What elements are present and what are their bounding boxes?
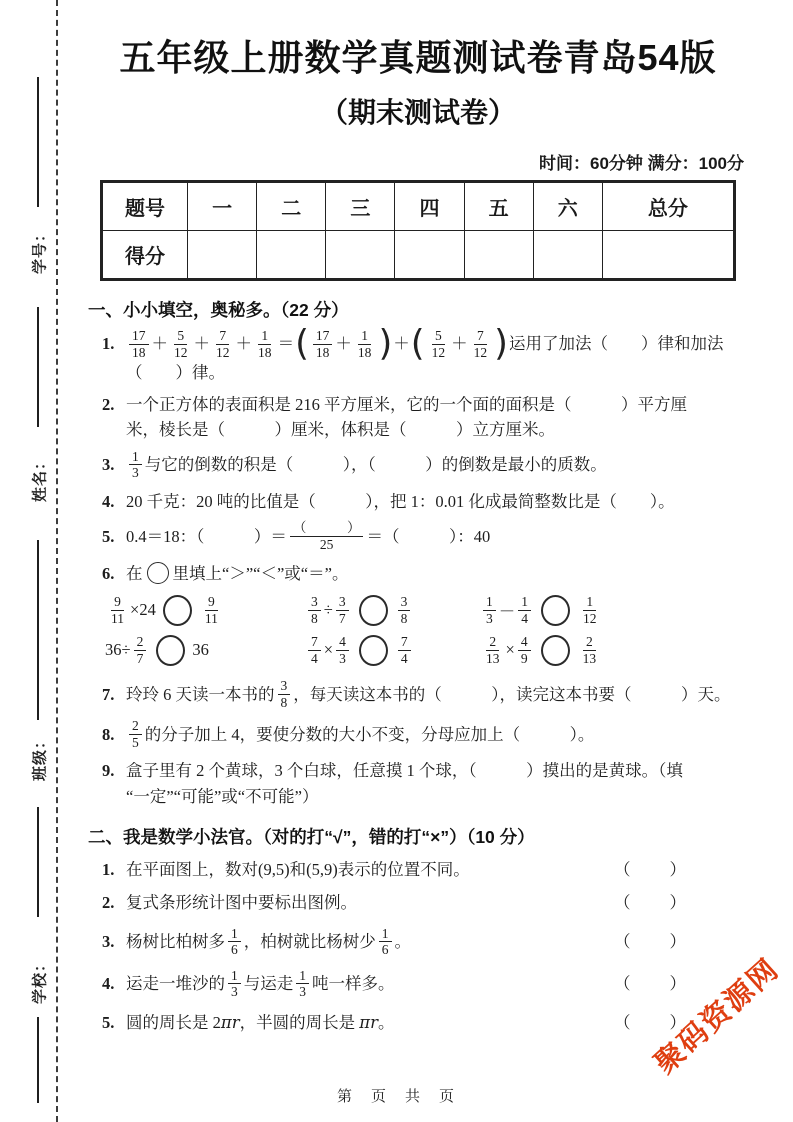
fraction: 13 (228, 968, 241, 1000)
fraction: 38 (278, 678, 291, 710)
score-table-header-row: 题号 一 二 三 四 五 六 总分 (102, 182, 735, 231)
expr-text: ÷ (324, 600, 333, 620)
question-number: 5. (102, 524, 126, 550)
answer-brackets: （ ） (614, 890, 688, 916)
expr-text: 36 (192, 640, 209, 660)
score-table-score-row: 得分 (102, 231, 735, 280)
fraction: 213 (483, 634, 503, 666)
score-table: 题号 一 二 三 四 五 六 总分 得分 (100, 180, 736, 281)
fraction-denominator: 3 (336, 651, 349, 667)
fraction-numerator: 4 (336, 634, 349, 651)
question-number: 8. (102, 722, 126, 748)
fraction: 512 (429, 328, 449, 360)
question-expression: 圆的周长是 2πr，半圆的周长是 πr。 (126, 1010, 394, 1036)
compare-item: 38÷3738 (305, 594, 480, 626)
expr-text: 0.4＝18：（ ）＝ (126, 524, 287, 550)
exam-content: 五年级上册数学真题测试卷青岛54版 （期末测试卷） 时间：60分钟 满分：100… (88, 0, 748, 1035)
question-number: 3. (102, 929, 126, 955)
fill-question-1-cont: （ ）律。 (126, 360, 748, 386)
fraction: 13 (483, 594, 496, 626)
fraction: 49 (518, 634, 531, 666)
expr-text: － (499, 598, 516, 622)
fraction-denominator: 12 (213, 345, 233, 361)
expr-text: ＋ (236, 331, 253, 357)
tf-question-2: 2. 复式条形统计图中要标出图例。 （ ） (102, 890, 688, 916)
fraction-numerator: 9 (111, 594, 124, 611)
sidebar-blank-line (37, 540, 39, 720)
sidebar-label-student-number: 学号： (29, 226, 50, 274)
expr-text: ＋ (152, 331, 169, 357)
fraction-numerator: 2 (486, 634, 499, 651)
fraction-numerator: 5 (174, 328, 187, 345)
tf-question-5: 5. 圆的周长是 2πr，半圆的周长是 πr。 （ ） (102, 1010, 688, 1036)
question-number: 3. (102, 452, 126, 478)
fraction-numerator: 2 (134, 634, 147, 651)
fraction: 74 (398, 634, 411, 666)
expr-text: ，柏树就比杨树少 (244, 929, 376, 955)
fraction: 1718 (129, 328, 149, 360)
section-1-heading: 一、小小填空，奥秘多。（22 分） (88, 297, 748, 322)
fraction-numerator: 2 (129, 718, 142, 735)
expr-text: ，每天读这本书的（ ），读完这本书要（ ）天。 (293, 682, 730, 708)
expr-text: ×24 (130, 600, 156, 620)
fraction-numerator: 1 (483, 594, 496, 611)
section-2-heading: 二、我是数学小法官。（对的打“√”，错的打“×”）（10 分） (88, 824, 748, 849)
fraction-numerator: 9 (205, 594, 218, 611)
expr-text: ＋ (335, 331, 352, 357)
question-text: 盒子里有 2 个黄球，3 个白球，任意摸 1 个球，（ ）摸出的是黄球。（填 (126, 758, 683, 784)
sidebar-label-name: 姓名： (29, 454, 50, 502)
fraction: 712 (471, 328, 491, 360)
expr-text: × (506, 640, 515, 660)
fraction-numerator: 7 (308, 634, 321, 651)
fill-question-8: 8. 25的分子加上 4，要使分数的大小不变，分母应加上（ ）。 (102, 718, 748, 750)
fraction-denominator: 8 (398, 611, 411, 627)
fraction-numerator: 2 (583, 634, 596, 651)
fill-question-2-cont: 米，棱长是（ ）厘米，体积是（ ）立方厘米。 (126, 417, 748, 443)
tf-question-3: 3. 杨树比柏树多16，柏树就比杨树少16。 （ ） (102, 926, 688, 958)
fraction-denominator: 7 (336, 611, 349, 627)
score-header-cell: 六 (533, 182, 602, 231)
expr-text: 复式条形统计图中要标出图例。 (126, 890, 357, 916)
big-paren: ( (295, 328, 309, 360)
fraction: 38 (398, 594, 411, 626)
fraction: 213 (580, 634, 600, 666)
question-expression: 25的分子加上 4，要使分数的大小不变，分母应加上（ ）。 (126, 718, 594, 750)
fraction: 13 (129, 449, 142, 481)
expr-text: 运用了加法（ ）律和加法 (509, 331, 724, 357)
question-text: 一个正方体的表面积是 216 平方厘米，它的一个面的面积是（ ）平方厘 (126, 392, 687, 418)
score-cell (395, 231, 464, 280)
expr-text: ＋ (451, 331, 468, 357)
sidebar-blank-line (37, 807, 39, 917)
fill-question-7: 7. 玲玲 6 天读一本书的38，每天读这本书的（ ），读完这本书要（ ）天。 (102, 678, 748, 710)
score-row-label: 得分 (102, 231, 188, 280)
big-paren: ( (411, 328, 425, 360)
fraction: 37 (336, 594, 349, 626)
fraction: 512 (171, 328, 191, 360)
compare-circle-icon (359, 595, 388, 626)
page-title: 五年级上册数学真题测试卷青岛54版 (88, 30, 748, 81)
fraction-denominator: 18 (129, 345, 149, 361)
fraction: 16 (228, 926, 241, 958)
question-expression: 1718＋512＋712＋118＝(1718＋118)＋(512＋712)运用了… (126, 328, 724, 360)
fraction-numerator: 17 (313, 328, 333, 345)
expr-text: 在平面图上，数对(9,5)和(5,9)表示的位置不同。 (126, 857, 470, 883)
fraction-numerator: 3 (336, 594, 349, 611)
score-cell (533, 231, 602, 280)
score-header-cell: 一 (188, 182, 257, 231)
question-number: 2. (102, 392, 126, 418)
answer-brackets: （ ） (614, 929, 688, 955)
fraction-denominator: 3 (129, 465, 142, 481)
fraction-numerator: 17 (129, 328, 149, 345)
fraction-numerator: 1 (296, 968, 309, 985)
fraction-denominator: 12 (471, 345, 491, 361)
fill-question-4: 4. 20 千克：20 吨的比值是（ ），把 1：0.01 化成最简整数比是（ … (102, 489, 748, 515)
fraction-denominator: 12 (171, 345, 191, 361)
question-expression: 13与它的倒数的积是（ ），（ ）的倒数是最小的质数。 (126, 449, 607, 481)
expr-text: 在 (126, 561, 143, 587)
fraction-denominator: 8 (308, 611, 321, 627)
fraction: 14 (518, 594, 531, 626)
fraction-numerator: 5 (432, 328, 445, 345)
compare-row-2: 36÷2736 74×4374 213×49213 (105, 634, 748, 666)
question-number: 7. (102, 682, 126, 708)
score-cell (464, 231, 533, 280)
sidebar-label-class: 班级： (29, 733, 50, 781)
sidebar-blank-line (37, 77, 39, 207)
fraction-numerator: 1 (228, 968, 241, 985)
expr-text: ＋ (393, 331, 410, 357)
exam-page: 学号： 姓名： 班级： 学校： 五年级上册数学真题测试卷青岛54版 （期末测试卷… (0, 0, 793, 1122)
fraction: 13 (296, 968, 309, 1000)
binding-dashed-line (56, 0, 58, 1122)
question-expression: 杨树比柏树多16，柏树就比杨树少16。 (126, 926, 411, 958)
answer-brackets: （ ） (614, 971, 688, 997)
fill-question-2: 2. 一个正方体的表面积是 216 平方厘米，它的一个面的面积是（ ）平方厘 (102, 392, 748, 418)
fraction: （ ）25 (290, 520, 364, 552)
fraction-denominator: 8 (278, 695, 291, 711)
compare-row-1: 911×24911 38÷3738 13－14112 (105, 594, 748, 626)
fill-question-3: 3. 13与它的倒数的积是（ ），（ ）的倒数是最小的质数。 (102, 449, 748, 481)
fraction-denominator: 11 (202, 611, 221, 627)
fraction: 118 (255, 328, 275, 360)
compare-circle-icon (147, 562, 169, 584)
fraction: 74 (308, 634, 321, 666)
fraction: 25 (129, 718, 142, 750)
expr-text: 玲玲 6 天读一本书的 (126, 682, 275, 708)
big-paren: ) (378, 328, 392, 360)
fraction: 911 (202, 594, 221, 626)
expr-text: 圆的周长是 2 (126, 1010, 221, 1036)
question-number: 4. (102, 971, 126, 997)
question-number: 1. (102, 857, 126, 883)
expr-text: 。 (378, 1010, 395, 1036)
fill-question-5: 5. 0.4＝18：（ ）＝（ ）25＝（ ）：40 (102, 520, 748, 552)
fraction-numerator: 1 (518, 594, 531, 611)
expr-text: ＝（ ）：40 (366, 524, 490, 550)
fraction-denominator: 7 (134, 651, 147, 667)
question-expression: 在里填上“＞”“＜”或“＝”。 (126, 561, 348, 587)
fraction-denominator: 18 (255, 345, 275, 361)
fraction-numerator: 7 (398, 634, 411, 651)
fraction-denominator: 18 (313, 345, 333, 361)
question-expression: 在平面图上，数对(9,5)和(5,9)表示的位置不同。 (126, 857, 470, 883)
fraction-denominator: 4 (398, 651, 411, 667)
question-expression: 0.4＝18：（ ）＝（ ）25＝（ ）：40 (126, 520, 490, 552)
question-number: 9. (102, 758, 126, 784)
expr-text: 吨一样多。 (312, 971, 395, 997)
fraction-numerator: 4 (518, 634, 531, 651)
compare-circle-icon (541, 635, 570, 666)
fraction-numerator: 1 (129, 449, 142, 466)
question-number: 1. (102, 331, 126, 357)
fill-question-1: 1. 1718＋512＋712＋118＝(1718＋118)＋(512＋712)… (102, 328, 748, 360)
fraction-numerator: 3 (308, 594, 321, 611)
compare-item: 74×4374 (305, 634, 480, 666)
math-italic: πr (221, 1010, 240, 1036)
fraction-numerator: 3 (278, 678, 291, 695)
score-header-cell: 三 (326, 182, 395, 231)
fraction: 712 (213, 328, 233, 360)
question-number: 4. (102, 489, 126, 515)
fill-question-6: 6. 在里填上“＞”“＜”或“＝”。 (102, 561, 748, 587)
score-cell (257, 231, 326, 280)
question-number: 2. (102, 890, 126, 916)
question-number: 5. (102, 1010, 126, 1036)
fraction: 43 (336, 634, 349, 666)
math-italic: πr (359, 1010, 378, 1036)
expr-text: ＝ (278, 331, 295, 357)
compare-item: 36÷2736 (105, 634, 305, 666)
fraction: 911 (108, 594, 127, 626)
big-paren: ) (494, 328, 508, 360)
score-header-cell: 二 (257, 182, 326, 231)
fraction-denominator: 4 (518, 611, 531, 627)
sidebar-blank-line (37, 307, 39, 427)
compare-circle-icon (359, 635, 388, 666)
fraction: 1718 (313, 328, 333, 360)
expr-text: ＋ (194, 331, 211, 357)
exam-meta: 时间：60分钟 满分：100分 (88, 149, 744, 174)
fraction-denominator: 11 (108, 611, 127, 627)
compare-circle-icon (541, 595, 570, 626)
answer-brackets: （ ） (614, 857, 688, 883)
expr-text: 与它的倒数的积是（ ），（ ）的倒数是最小的质数。 (145, 452, 607, 478)
expr-text: 。 (395, 929, 412, 955)
expr-text: 36÷ (105, 640, 131, 660)
score-header-cell: 五 (464, 182, 533, 231)
fill-question-9: 9. 盒子里有 2 个黄球，3 个白球，任意摸 1 个球，（ ）摸出的是黄球。（… (102, 758, 748, 784)
compare-circle-icon (156, 635, 185, 666)
fraction-denominator: 4 (308, 651, 321, 667)
expr-text: × (324, 640, 333, 660)
fraction-numerator: 1 (583, 594, 596, 611)
fraction: 118 (355, 328, 375, 360)
fraction: 112 (580, 594, 600, 626)
expr-text: 运走一堆沙的 (126, 971, 225, 997)
tf-question-1: 1. 在平面图上，数对(9,5)和(5,9)表示的位置不同。 （ ） (102, 857, 688, 883)
fraction-numerator: 7 (474, 328, 487, 345)
compare-item: 911×24911 (105, 594, 305, 626)
fraction-denominator: 3 (228, 984, 241, 1000)
fraction: 16 (379, 926, 392, 958)
fraction-numerator: 7 (216, 328, 229, 345)
fraction-numerator: 1 (358, 328, 371, 345)
expr-text: 与运走 (244, 971, 294, 997)
fraction-denominator: 18 (355, 345, 375, 361)
tf-question-4: 4. 运走一堆沙的13与运走13吨一样多。 （ ） (102, 968, 688, 1000)
question-expression: 玲玲 6 天读一本书的38，每天读这本书的（ ），读完这本书要（ ）天。 (126, 678, 731, 710)
sidebar-label-school: 学校： (29, 956, 50, 1004)
fraction-denominator: 6 (379, 942, 392, 958)
question-text: 20 千克：20 吨的比值是（ ），把 1：0.01 化成最简整数比是（ ）。 (126, 489, 675, 515)
compare-item: 213×49213 (480, 634, 602, 666)
fraction-denominator: 5 (129, 735, 142, 751)
fraction-denominator: 25 (317, 537, 337, 553)
fraction-denominator: 9 (518, 651, 531, 667)
score-cell (188, 231, 257, 280)
expr-text: ，半圆的周长是 (240, 1010, 360, 1036)
fraction-denominator: 6 (228, 942, 241, 958)
fraction-numerator: 1 (258, 328, 271, 345)
fraction-denominator: 13 (580, 651, 600, 667)
page-footer: 第 页 共 页 (0, 1085, 793, 1106)
expr-text: 的分子加上 4，要使分数的大小不变，分母应加上（ ）。 (145, 722, 595, 748)
expr-text: 杨树比柏树多 (126, 929, 225, 955)
expr-text: 里填上“＞”“＜”或“＝”。 (173, 561, 349, 587)
question-number: 6. (102, 561, 126, 587)
fraction-numerator: （ ） (290, 520, 364, 537)
question-expression: 运走一堆沙的13与运走13吨一样多。 (126, 968, 395, 1000)
fraction-denominator: 3 (483, 611, 496, 627)
score-header-cell: 四 (395, 182, 464, 231)
score-cell (326, 231, 395, 280)
fraction-denominator: 3 (296, 984, 309, 1000)
compare-circle-icon (163, 595, 192, 626)
fill-question-9-cont: “一定”“可能”或“不可能”） (126, 784, 748, 810)
fraction-denominator: 12 (429, 345, 449, 361)
fraction-numerator: 1 (228, 926, 241, 943)
score-header-cell: 总分 (602, 182, 734, 231)
compare-item: 13－14112 (480, 594, 603, 626)
fraction: 27 (134, 634, 147, 666)
fraction-numerator: 1 (379, 926, 392, 943)
fraction-denominator: 13 (483, 651, 503, 667)
fraction-numerator: 3 (398, 594, 411, 611)
fraction-denominator: 12 (580, 611, 600, 627)
question-expression: 复式条形统计图中要标出图例。 (126, 890, 357, 916)
fraction: 38 (308, 594, 321, 626)
page-subtitle: （期末测试卷） (88, 91, 748, 131)
score-cell (602, 231, 734, 280)
score-header-cell: 题号 (102, 182, 188, 231)
